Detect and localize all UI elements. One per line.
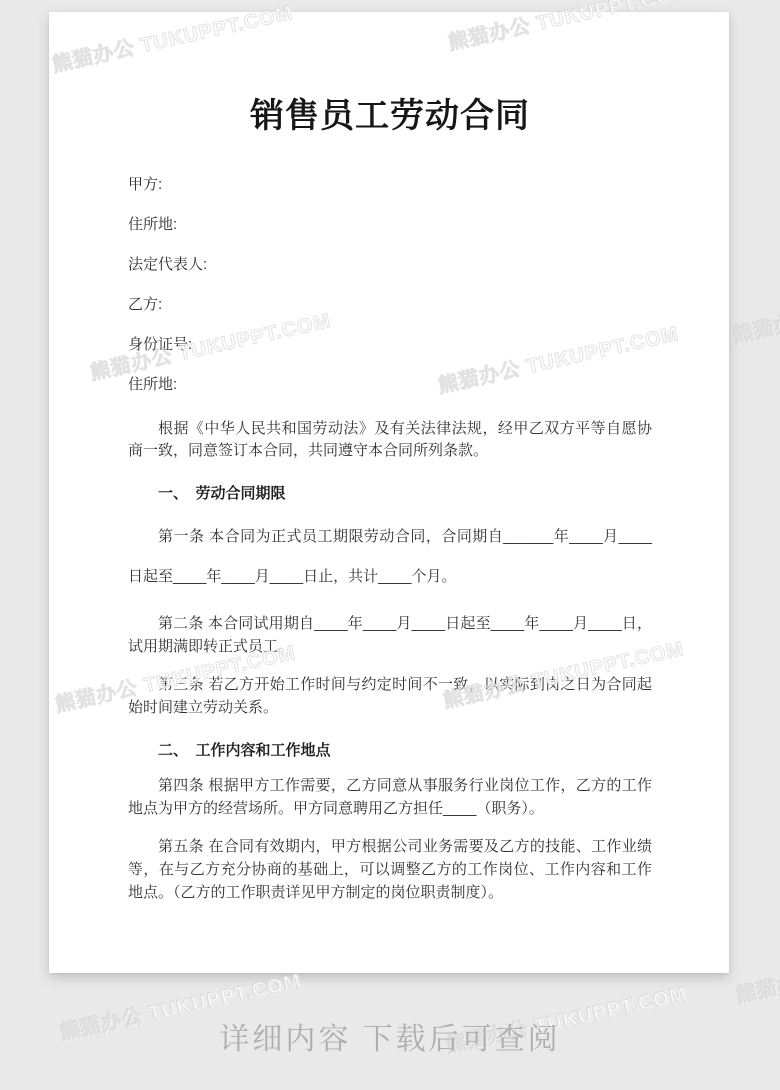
watermark-text: 熊猫办公 TUKUPPT.COM [730, 267, 780, 349]
contract-preamble: 根据《中华人民共和国劳动法》及有关法律法规，经甲乙双方平等自愿协商一致，同意签订… [128, 418, 652, 462]
field-legal-representative: 法定代表人: [128, 257, 652, 272]
contract-party-fields: 甲方: 住所地: 法定代表人: 乙方: 身份证号: 住所地: [128, 177, 652, 392]
download-hint: 详细内容 下载后可查阅 [0, 1022, 780, 1058]
field-party-a-address: 住所地: [128, 217, 652, 232]
clause-4: 第四条 根据甲方工作需要，乙方同意从事服务行业岗位工作，乙方的工作地点为甲方的经… [128, 774, 652, 820]
watermark-text: 熊猫办公 TUKUPPT.COM [733, 927, 780, 1009]
field-party-b: 乙方: [128, 297, 652, 312]
template-preview-stage: 销售员工劳动合同 甲方: 住所地: 法定代表人: 乙方: 身份证号: 住所地: … [0, 0, 780, 1090]
clause-2: 第二条 本合同试用期自____年____月____日起至____年____月__… [128, 612, 652, 658]
clause-1: 第一条 本合同为正式员工期限劳动合同，合同期自______年____月____日… [128, 517, 652, 597]
section-1-heading: 一、 劳动合同期限 [128, 486, 652, 502]
contract-page: 销售员工劳动合同 甲方: 住所地: 法定代表人: 乙方: 身份证号: 住所地: … [49, 12, 729, 973]
field-id-number: 身份证号: [128, 337, 652, 352]
clause-3: 第三条 若乙方开始工作时间与约定时间不一致，以实际到岗之日为合同起始时间建立劳动… [128, 673, 652, 719]
section-2-heading: 二、 工作内容和工作地点 [128, 743, 652, 759]
contract-title: 销售员工劳动合同 [128, 96, 652, 137]
field-party-b-address: 住所地: [128, 377, 652, 392]
field-party-a: 甲方: [128, 177, 652, 192]
clause-5: 第五条 在合同有效期内，甲方根据公司业务需要及乙方的技能、工作业绩等，在与乙方充… [128, 835, 652, 904]
